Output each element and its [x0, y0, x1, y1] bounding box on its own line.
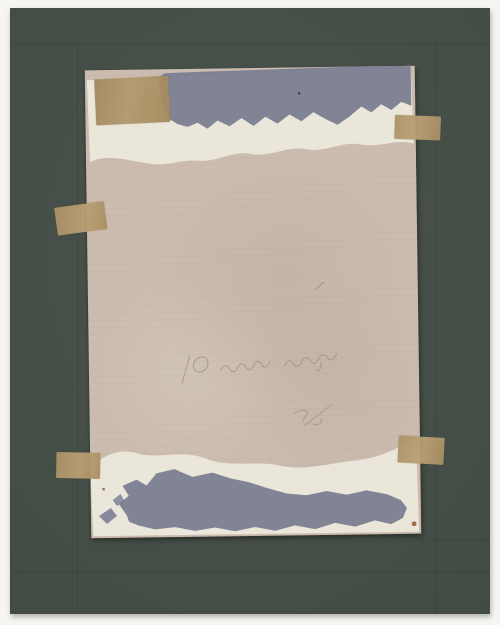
tape-right-lower	[397, 435, 444, 465]
artwork-paper-verso	[85, 66, 422, 539]
paper-scratch-mark	[316, 282, 324, 289]
torn-paper-layer	[85, 66, 422, 539]
mat-crease-bottom	[10, 572, 490, 573]
pencil-inscription	[182, 354, 337, 383]
photo-of-artwork-verso	[0, 0, 500, 625]
pencil-fraction	[294, 404, 332, 427]
tape-top-left	[94, 76, 170, 126]
mat-crease-bottom-right	[418, 539, 490, 540]
tape-right-upper	[394, 115, 441, 141]
mat-crease-left	[77, 43, 78, 614]
mat-crease-top	[10, 43, 490, 44]
tape-left-lower	[56, 452, 101, 479]
